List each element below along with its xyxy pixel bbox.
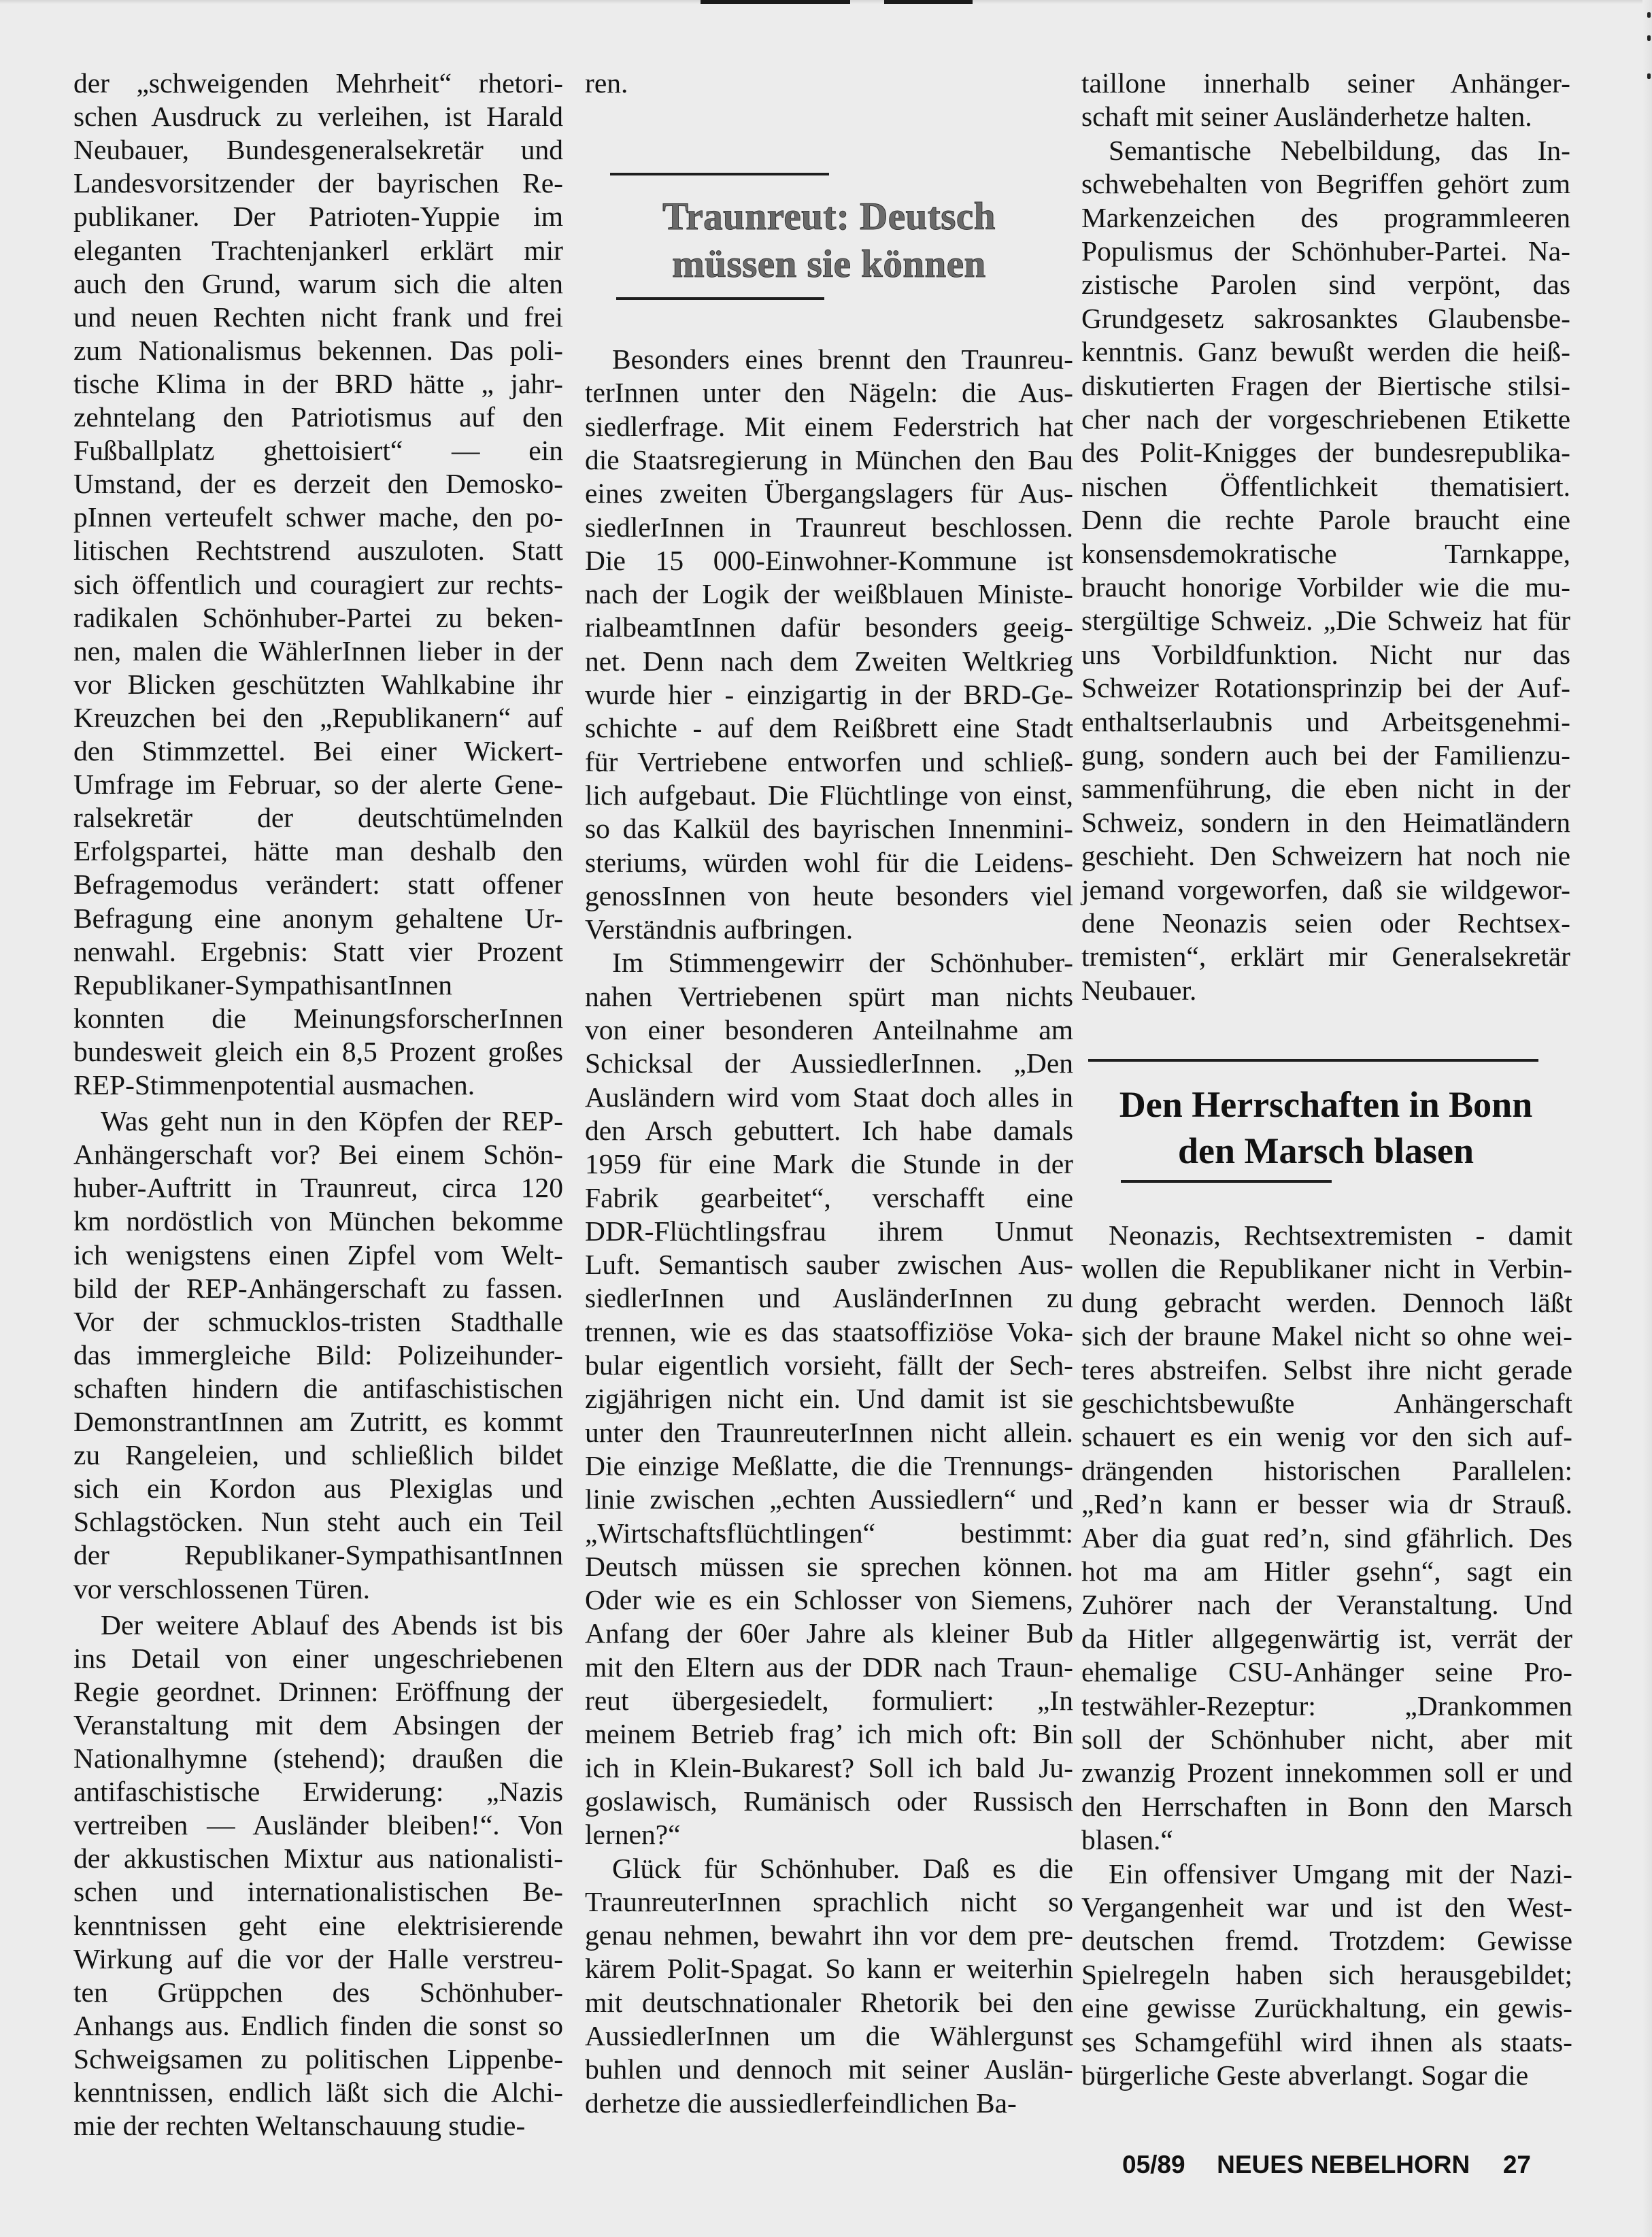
text-line: testwähler-Rezeptur: „Drankommen — [1081, 1689, 1572, 1723]
text-line: diskutierten Fragen der Biertische stils… — [1081, 369, 1570, 403]
text-line: Vor der schmucklos-tristen Stadthalle — [73, 1305, 563, 1339]
text-line: kenntnissen geht eine elektrisierende — [73, 1909, 563, 1942]
text-line: Ausländern wird vom Staat doch alles in — [585, 1081, 1073, 1114]
text-line: huber-Auftritt in Traunreut, circa 120 — [73, 1171, 563, 1205]
text-line: DemonstrantInnen am Zutritt, es kommt — [73, 1405, 563, 1439]
text-line: soll der Schönhuber nicht, aber mit — [1081, 1723, 1572, 1756]
text-line: Kreuzchen bei den „Republikanern“ auf — [73, 701, 563, 735]
text-line: jemand vorgeworfen, daß sie wildgewor- — [1081, 873, 1570, 907]
text-line: das immergleiche Bild: Polizeihunder- — [73, 1339, 563, 1372]
text-line: antifaschistische Erwiderung: „Nazis — [73, 1775, 563, 1809]
text-line: blasen.“ — [1081, 1823, 1572, 1857]
text-line: Republikaner-SympathisantInnen — [73, 969, 563, 1002]
text-line: Vergangenheit war und ist den West- — [1081, 1891, 1572, 1924]
headline-rule-bottom — [616, 297, 824, 300]
scan-edge-mark — [884, 0, 973, 4]
scan-edge-mark — [1647, 35, 1651, 41]
text-line: nach der Logik der weißblauen Ministe- — [585, 577, 1073, 611]
text-line: nenwahl. Ergebnis: Statt vier Prozent — [73, 935, 563, 969]
text-line: Fußballplatz ghettoisiert“ — ein — [73, 434, 563, 467]
text-line: Schweizer Rotationsprinzip bei der Auf- — [1081, 671, 1570, 705]
text-line: litischen Rechtstrend auszuloten. Statt — [73, 534, 563, 567]
subheadline-bonn: Den Herrschaften in Bonn den Marsch blas… — [1081, 1081, 1570, 1174]
text-line: publikaner. Der Patrioten-Yuppie im — [73, 200, 563, 233]
headline-rule-top — [1088, 1059, 1538, 1062]
text-line: den Herrschaften in Bonn den Marsch — [1081, 1790, 1572, 1823]
text-line: zum Nationalismus bekennen. Das poli- — [73, 334, 563, 367]
text-line: nischen Öffentlichkeit thematisiert. — [1081, 470, 1570, 503]
text-line: Wirkung auf die vor der Halle verstreu- — [73, 1942, 563, 1976]
text-line: eine gewisse Zurückhaltung, ein gewis- — [1081, 1991, 1572, 2025]
text-line: Markenzeichen des programmleeren — [1081, 201, 1570, 235]
text-line: Spielregeln haben sich herausgebildet; — [1081, 1958, 1572, 1991]
text-line: und neuen Rechten nicht frank und frei — [73, 301, 563, 334]
text-line: sich der braune Makel nicht so ohne wei- — [1081, 1319, 1572, 1353]
text-line: hot ma am Hitler gsehn“, sagt ein — [1081, 1555, 1572, 1588]
publication-name: NEUES NEBELHORN — [1217, 2151, 1470, 2179]
text-line: mit den Eltern aus der DDR nach Traun- — [585, 1651, 1073, 1684]
text-line: goslawisch, Rumänisch oder Russisch — [585, 1785, 1073, 1818]
text-line: eleganten Trachtenjankerl erklärt mir — [73, 234, 563, 267]
text-line: von einer besonderen Anteilnahme am — [585, 1013, 1073, 1047]
text-line: REP-Stimmenpotential ausmachen. — [73, 1069, 563, 1102]
scan-edge-mark — [1647, 73, 1651, 79]
text-line: 1959 für eine Mark die Stunde in der — [585, 1147, 1073, 1181]
text-line: sich ein Kordon aus Plexiglas und — [73, 1472, 563, 1505]
text-line: Luft. Semantisch sauber zwischen Aus- — [585, 1248, 1073, 1281]
text-line: zu Rangeleien, und schließlich bildet — [73, 1439, 563, 1472]
text-line: ehemalige CSU-Anhänger seine Pro- — [1081, 1655, 1572, 1689]
text-line: Neubauer. — [1081, 974, 1570, 1007]
text-line: trennen, wie es das staatsoffiziöse Voka… — [585, 1315, 1073, 1349]
text-line: kenntnis. Ganz bewußt werden die heiß- — [1081, 335, 1570, 369]
text-line: schwebehalten von Begriffen gehört zum — [1081, 167, 1570, 201]
text-line: „Red’n kann er besser wia dr Strauß. — [1081, 1487, 1572, 1521]
text-line: Anhangs aus. Endlich finden die sonst so — [73, 2009, 563, 2042]
text-line: Veranstaltung mit dem Absingen der — [73, 1709, 563, 1742]
text-line: teres abstreifen. Selbst ihre nicht gera… — [1081, 1353, 1572, 1387]
text-line: Die 15 000-Einwohner-Kommune ist — [585, 544, 1073, 577]
text-line: Anfang der 60er Jahre als kleiner Bub — [585, 1617, 1073, 1650]
text-line: lernen?“ — [585, 1818, 1073, 1851]
text-line: Schlagstöcken. Nun steht auch ein Teil — [73, 1505, 563, 1538]
subheadline-traunreut: Traunreut: Deutsch müssen sie können — [585, 193, 1073, 288]
text-line: buhlen und dennoch mit seiner Auslän- — [585, 2053, 1073, 2086]
text-line: pInnen verteufelt schwer mache, den po- — [73, 501, 563, 534]
text-line: eines zweiten Übergangslagers für Aus- — [585, 477, 1073, 510]
headline-rule-top — [610, 173, 829, 175]
text-line: Befragemodus verändert: statt offener — [73, 868, 563, 901]
text-line: DDR-Flüchtlingsfrau ihrem Unmut — [585, 1215, 1073, 1248]
text-line: rialbeamtInnen dafür besonders geeig- — [585, 611, 1073, 644]
page-footer: 05/89 NEUES NEBELHORN 27 — [1122, 2151, 1557, 2179]
text-line: den Stimmzettel. Bei einer Wickert- — [73, 735, 563, 768]
text-line: Befragung eine anonym gehaltene Ur- — [73, 902, 563, 935]
text-line: Besonders eines brennt den Traunreu- — [585, 343, 1073, 376]
text-line: linie zwischen „echten Aussiedlern“ und — [585, 1483, 1073, 1516]
text-line: Im Stimmengewirr der Schönhuber- — [585, 946, 1073, 979]
text-line: steriums, würden wohl für die Leidens- — [585, 846, 1073, 879]
text-line: Zuhörer nach der Veranstaltung. Und — [1081, 1588, 1572, 1621]
text-line: nahen Vertriebenen spürt man nichts — [585, 980, 1073, 1013]
text-line: zigjährigen nicht ein. Und damit ist sie — [585, 1382, 1073, 1415]
text-line: für Vertriebene entworfen und schließ- — [585, 745, 1073, 779]
text-line: der Republikaner-SympathisantInnen — [73, 1538, 563, 1572]
text-line: ralsekretär der deutschtümelnden — [73, 801, 563, 835]
text-line: reut übergesiedelt, formuliert: „In — [585, 1684, 1073, 1717]
text-line: Der weitere Ablauf des Abends ist bis — [73, 1609, 563, 1642]
text-line: schaft mit seiner Ausländerhetze halten. — [1081, 100, 1570, 133]
text-line: siedlerfrage. Mit einem Federstrich hat — [585, 410, 1073, 443]
text-line: km nordöstlich von München bekomme — [73, 1205, 563, 1238]
text-line: enthaltserlaubnis und Arbeitsgenehmi- — [1081, 705, 1570, 739]
text-line: kärem Polit-Spagat. So kann er weiterhin — [585, 1952, 1073, 1985]
text-line: Schicksal der AussiedlerInnen. „Den — [585, 1047, 1073, 1080]
text-line: ten Grüppchen des Schönhuber- — [73, 1976, 563, 2009]
text-line: Verständnis aufbringen. — [585, 913, 1073, 946]
text-line: schauert es ein wenig vor den sich auf- — [1081, 1420, 1572, 1453]
page-number: 27 — [1503, 2151, 1531, 2179]
subheadline-line: Den Herrschaften in Bonn — [1081, 1081, 1570, 1128]
headline-rule-bottom — [1121, 1180, 1332, 1183]
text-line: zwanzig Prozent innekommen soll er und — [1081, 1756, 1572, 1789]
text-line: sich öffentlich und couragiert zur recht… — [73, 568, 563, 601]
text-line: bild der REP-Anhängerschaft zu fassen. — [73, 1272, 563, 1305]
text-line: bürgerliche Geste abverlangt. Sogar die — [1081, 2059, 1572, 2092]
text-line: nen, malen die WählerInnen lieber in der — [73, 635, 563, 668]
text-line: schichte - auf dem Reißbrett eine Stadt — [585, 711, 1073, 745]
text-line: bular eigentlich vorsieht, fällt der Sec… — [585, 1349, 1073, 1382]
text-line: tische Klima in der BRD hätte „ jahr- — [73, 367, 563, 401]
text-line: geschichtsbewußte Anhängerschaft — [1081, 1387, 1572, 1420]
text-line: ses Schamgefühl wird ihnen als staats- — [1081, 2025, 1572, 2059]
text-line: vor Blicken geschützten Wahlkabine ihr — [73, 668, 563, 701]
text-line: deutschen fremd. Trotzdem: Gewisse — [1081, 1924, 1572, 1957]
text-line: stergültige Schweiz. „Die Schweiz hat fü… — [1081, 604, 1570, 637]
text-line: da Hitler allgegenwärtig ist, verrät der — [1081, 1622, 1572, 1655]
text-line: braucht honorige Vorbilder wie die mu- — [1081, 571, 1570, 604]
text-line: Glück für Schönhuber. Daß es die — [585, 1852, 1073, 1885]
text-line: cher nach der vorgeschriebenen Etikette — [1081, 403, 1570, 436]
text-line: Oder wie es ein Schlosser von Siemens, — [585, 1583, 1073, 1617]
text-line: konsensdemokratische Tarnkappe, — [1081, 537, 1570, 571]
subheadline-line: Traunreut: Deutsch — [585, 193, 1073, 241]
text-line: Schweigsamen zu politischen Lippenbe- — [73, 2042, 563, 2076]
text-line: wurde hier - einzigartig in der BRD-Ge- — [585, 678, 1073, 711]
text-line: Regie geordnet. Drinnen: Eröffnung der — [73, 1675, 563, 1709]
text-line: Erfolgspartei, hätte man deshalb den — [73, 835, 563, 868]
text-line: derhetze die aussiedlerfeindlichen Ba- — [585, 2087, 1073, 2120]
text-line: Semantische Nebelbildung, das In- — [1081, 134, 1570, 167]
text-line: so das Kalkül des bayrischen Innenmini- — [585, 812, 1073, 845]
text-line: siedlerInnen in Traunreut beschlossen. — [585, 511, 1073, 544]
text-line: radikalen Schönhuber-Partei zu beken- — [73, 601, 563, 635]
text-line: Aber dia guat red’n, sind gfährlich. Des — [1081, 1521, 1572, 1555]
text-line: vor verschlossenen Türen. — [73, 1572, 563, 1606]
text-line: ren. — [585, 67, 1073, 100]
text-line: vertreiben — Ausländer bleiben!“. Von — [73, 1809, 563, 1842]
text-line: siedlerInnen und AusländerInnen zu — [585, 1281, 1073, 1315]
text-line: die Staatsregierung in München den Bau — [585, 443, 1073, 477]
text-line: zistische Parolen sind verpönt, das — [1081, 268, 1570, 301]
text-line: Die einzige Meßlatte, die die Trennungs- — [585, 1449, 1073, 1483]
text-line: TraunreuterInnen sprachlich nicht so — [585, 1885, 1073, 1919]
text-line: AussiedlerInnen um die Wählergunst — [585, 2019, 1073, 2053]
text-line: Schweiz, sondern in den Heimatländern — [1081, 806, 1570, 839]
text-line: dene Neonazis seien oder Rechtsex- — [1081, 907, 1570, 940]
subheadline-line: den Marsch blasen — [1081, 1128, 1570, 1174]
text-line: der „schweigenden Mehrheit“ rhetori- — [73, 67, 563, 100]
text-line: terInnen unter den Nägeln: die Aus- — [585, 376, 1073, 409]
text-line: dung gebracht werden. Dennoch läßt — [1081, 1286, 1572, 1319]
text-line: Ein offensiver Umgang mit der Nazi- — [1081, 1857, 1572, 1891]
text-line: Populismus der Schönhuber-Partei. Na- — [1081, 235, 1570, 268]
text-line: „Wirtschaftsflüchtlingen“ bestimmt: — [585, 1517, 1073, 1550]
text-line: Anhängerschaft vor? Bei einem Schön- — [73, 1138, 563, 1171]
text-line: auch den Grund, warum sich die alten — [73, 267, 563, 301]
text-line: tremisten“, erklärt mir Generalsekretär — [1081, 940, 1570, 973]
text-line: konnten die MeinungsforscherInnen — [73, 1002, 563, 1035]
text-line: taillone innerhalb seiner Anhänger- — [1081, 67, 1570, 100]
text-line: ich wenigstens einen Zipfel vom Welt- — [73, 1239, 563, 1272]
text-line: Deutsch müssen sie sprechen können. — [585, 1550, 1073, 1583]
text-line: den Arsch gebuttert. Ich habe damals — [585, 1114, 1073, 1147]
text-line: genossInnen von heute besonders viel — [585, 879, 1073, 913]
text-line: bundesweit gleich ein 8,5 Prozent großes — [73, 1035, 563, 1069]
text-line: lich aufgebaut. Die Flüchtlinge von eins… — [585, 779, 1073, 812]
text-line: zehntelang den Patriotismus auf den — [73, 401, 563, 434]
text-line: mit deutschnationaler Rhetorik bei den — [585, 1986, 1073, 2019]
text-line: Umfrage im Februar, so der alerte Gene- — [73, 768, 563, 801]
text-line: des Polit-Knigges der bundesrepublika- — [1081, 436, 1570, 469]
text-line: Umstand, der es derzeit den Demosko- — [73, 467, 563, 501]
text-line: Neonazis, Rechtsextremisten - damit — [1081, 1219, 1572, 1252]
text-line: Fabrik gearbeitet“, verschafft eine — [585, 1181, 1073, 1215]
text-line: Neubauer, Bundesgeneralsekretär und — [73, 133, 563, 167]
text-line: ins Detail von einer ungeschriebenen — [73, 1642, 563, 1675]
text-line: gung, sondern auch bei der Familienzu- — [1081, 739, 1570, 772]
text-line: genau nehmen, bewahrt ihn vor dem pre- — [585, 1919, 1073, 1952]
text-line: schaften hindern die antifaschistischen — [73, 1372, 563, 1405]
text-line: der akkustischen Mixtur aus nationalisti… — [73, 1842, 563, 1875]
text-line: Nationalhymne (stehend); draußen die — [73, 1742, 563, 1775]
text-line: net. Denn nach dem Zweiten Weltkrieg — [585, 645, 1073, 678]
subheadline-line: müssen sie können — [585, 241, 1073, 288]
text-line: drängenden historischen Parallelen: — [1081, 1454, 1572, 1487]
text-line: Landesvorsitzender der bayrischen Re- — [73, 167, 563, 200]
text-line: Grundgesetz sakrosanktes Glaubensbe- — [1081, 302, 1570, 335]
text-line: wollen die Republikaner nicht in Verbin- — [1081, 1252, 1572, 1285]
text-line: schen Ausdruck zu verleihen, ist Harald — [73, 100, 563, 133]
text-line: mie der rechten Weltanschauung studie- — [73, 2109, 563, 2142]
page-right-edge — [1642, 0, 1652, 2237]
text-line: unter den TraunreuterInnen nicht allein. — [585, 1416, 1073, 1449]
scan-edge-mark — [1647, 12, 1651, 18]
text-line: meinem Betrieb frag’ ich mich oft: Bin — [585, 1717, 1073, 1751]
text-line: uns Vorbildfunktion. Nicht nur das — [1081, 638, 1570, 671]
text-line: kenntnissen, endlich läßt sich die Alchi… — [73, 2076, 563, 2109]
scan-edge-mark — [701, 0, 850, 4]
text-line: ich in Klein-Bukarest? Soll ich bald Ju- — [585, 1751, 1073, 1785]
text-line: Denn die rechte Parole braucht eine — [1081, 503, 1570, 537]
text-line: schen und internationalistischen Be- — [73, 1875, 563, 1908]
text-line: sammenführung, die eben nicht in der — [1081, 772, 1570, 805]
text-line: Was geht nun in den Köpfen der REP- — [73, 1105, 563, 1138]
issue-number: 05/89 — [1122, 2151, 1185, 2179]
text-line: geschieht. Den Schweizern hat noch nie — [1081, 839, 1570, 873]
